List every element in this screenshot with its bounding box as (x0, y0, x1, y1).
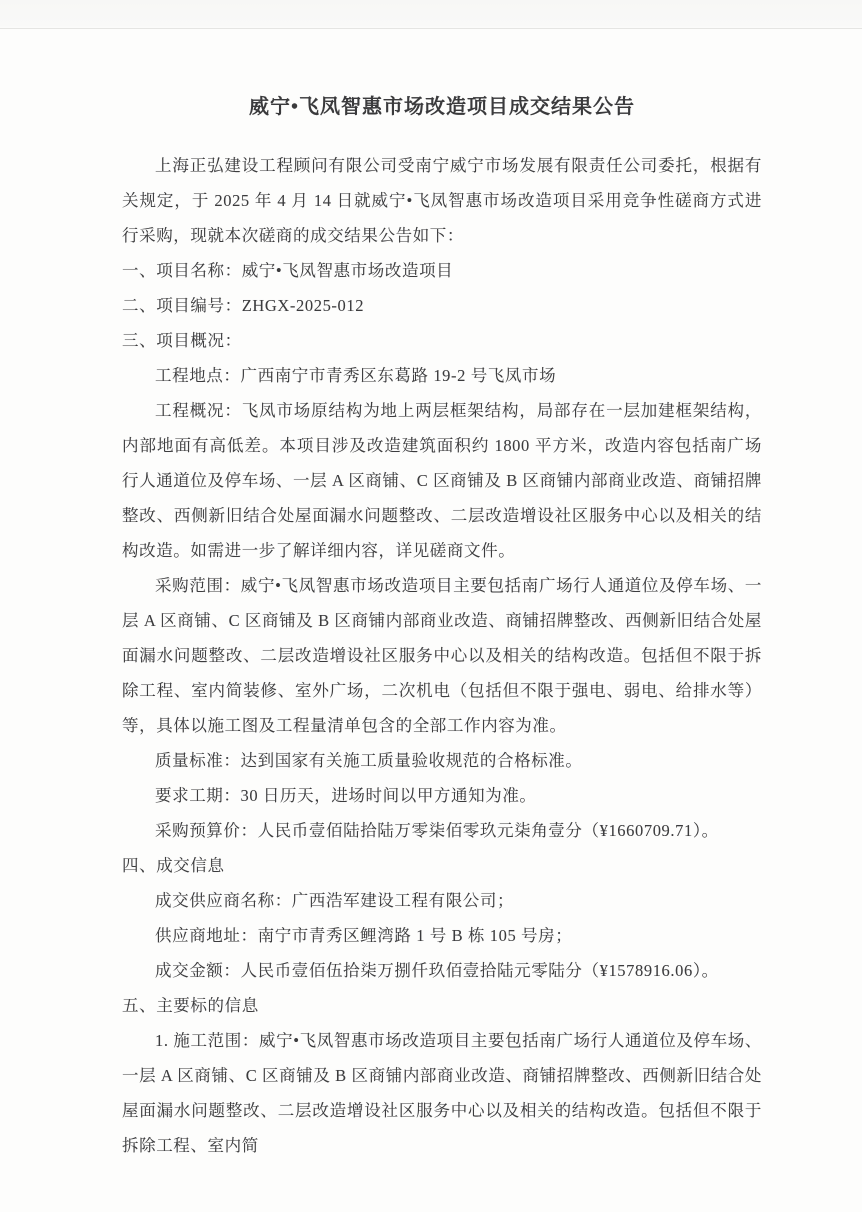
document-content: 威宁•飞凤智惠市场改造项目成交结果公告 上海正弘建设工程顾问有限公司受南宁威宁市… (122, 92, 762, 1163)
scanned-document-page: 威宁•飞凤智惠市场改造项目成交结果公告 上海正弘建设工程顾问有限公司受南宁威宁市… (0, 0, 862, 1212)
construction-scope: 1. 施工范围：威宁•飞凤智惠市场改造项目主要包括南广场行人通道位及停车场、一层… (122, 1023, 762, 1163)
document-title: 威宁•飞凤智惠市场改造项目成交结果公告 (122, 92, 762, 122)
procurement-scope: 采购范围：威宁•飞凤智惠市场改造项目主要包括南广场行人通道位及停车场、一层 A … (122, 568, 762, 743)
section-2-project-number: 二、项目编号：ZHGX-2025-012 (122, 288, 762, 323)
project-description: 工程概况：飞凤市场原结构为地上两层框架结构，局部存在一层加建框架结构，内部地面有… (122, 393, 762, 568)
required-duration: 要求工期：30 日历天，进场时间以甲方通知为准。 (122, 778, 762, 813)
section-4-transaction-info: 四、成交信息 (122, 848, 762, 883)
winning-supplier-name: 成交供应商名称：广西浩军建设工程有限公司； (122, 883, 762, 918)
section-5-main-subject-info: 五、主要标的信息 (122, 988, 762, 1023)
procurement-budget-price: 采购预算价：人民币壹佰陆拾陆万零柒佰零玖元柒角壹分（¥1660709.71）。 (122, 813, 762, 848)
quality-standard: 质量标准：达到国家有关施工质量验收规范的合格标准。 (122, 743, 762, 778)
scan-edge-artifact (0, 28, 862, 29)
transaction-amount: 成交金额：人民币壹佰伍拾柒万捌仟玖佰壹拾陆元零陆分（¥1578916.06）。 (122, 953, 762, 988)
project-location: 工程地点：广西南宁市青秀区东葛路 19-2 号飞凤市场 (122, 358, 762, 393)
section-1-project-name: 一、项目名称：威宁•飞凤智惠市场改造项目 (122, 253, 762, 288)
section-3-project-overview: 三、项目概况： (122, 323, 762, 358)
supplier-address: 供应商地址：南宁市青秀区鲤湾路 1 号 B 栋 105 号房； (122, 918, 762, 953)
intro-paragraph: 上海正弘建设工程顾问有限公司受南宁威宁市场发展有限责任公司委托，根据有关规定，于… (122, 148, 762, 253)
